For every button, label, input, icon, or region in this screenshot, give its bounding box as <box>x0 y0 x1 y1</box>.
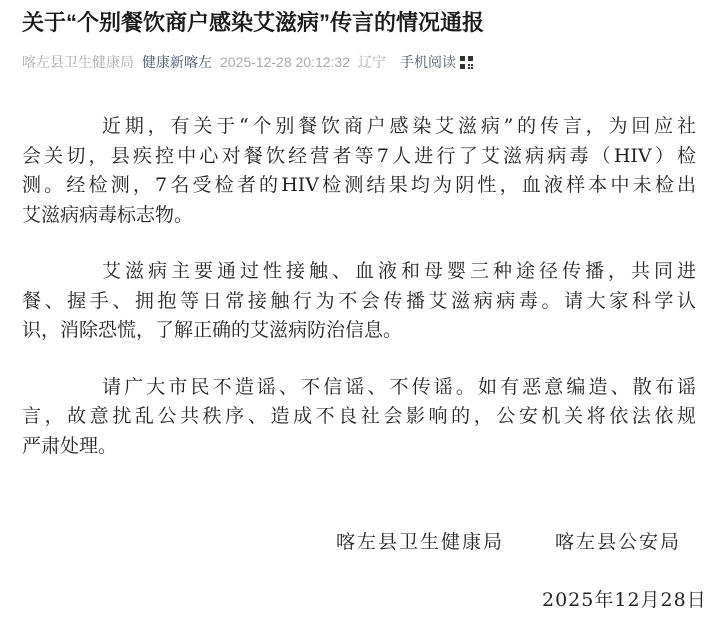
text-line: 严肃处理。 <box>22 432 696 462</box>
notice-date: 2025年12月28日 <box>542 585 707 612</box>
source-link[interactable]: 健康新喀左 <box>142 52 212 72</box>
text-line: 会关切，县疾控中心对餐饮经营者等7人进行了艾滋病病毒（HIV）检 <box>22 142 696 172</box>
signature-police-bureau: 喀左县公安局 <box>555 527 681 554</box>
text-line: 言，故意扰乱公共秩序、造成不良社会影响的，公安机关将依法依规 <box>22 402 696 432</box>
text-line: 艾滋病病毒标志物。 <box>22 201 696 231</box>
publish-datetime: 2025-12-28 20:12:32 <box>220 54 350 70</box>
region: 辽宁 <box>358 52 386 72</box>
paragraph-1: 近期，有关于“个别餐饮商户感染艾滋病”的传言，为回应社 会关切，县疾控中心对餐饮… <box>22 112 696 230</box>
text-line: 近期，有关于“个别餐饮商户感染艾滋病”的传言，为回应社 <box>22 112 696 142</box>
signature-health-bureau: 喀左县卫生健康局 <box>336 527 504 554</box>
text-line: 测。经检测，7名受检者的HIV检测结果均为阴性，血液样本中未检出 <box>22 171 696 201</box>
article-title: 关于“个别餐饮商户感染艾滋病”传言的情况通报 <box>22 6 484 37</box>
article-body: 近期，有关于“个别餐饮商户感染艾滋病”的传言，为回应社 会关切，县疾控中心对餐饮… <box>22 112 696 488</box>
text-line: 识，消除恐慌，了解正确的艾滋病防治信息。 <box>22 316 696 346</box>
paragraph-2: 艾滋病主要通过性接触、血液和母婴三种途径传播，共同进 餐、握手、拥抱等日常接触行… <box>22 257 696 346</box>
text-line: 请广大市民不造谣、不信谣、不传谣。如有恶意编造、散布谣 <box>22 373 696 403</box>
text-line: 艾滋病主要通过性接触、血液和母婴三种途径传播，共同进 <box>22 257 696 287</box>
text-line: 餐、握手、拥抱等日常接触行为不会传播艾滋病病毒。请大家科学认 <box>22 287 696 317</box>
publisher: 喀左县卫生健康局 <box>22 52 134 72</box>
qr-code-icon[interactable] <box>460 56 473 69</box>
mobile-read-button[interactable]: 手机阅读 <box>400 52 456 72</box>
article-meta: 喀左县卫生健康局 健康新喀左 2025-12-28 20:12:32 辽宁 手机… <box>22 52 481 72</box>
paragraph-3: 请广大市民不造谣、不信谣、不传谣。如有恶意编造、散布谣 言，故意扰乱公共秩序、造… <box>22 373 696 462</box>
